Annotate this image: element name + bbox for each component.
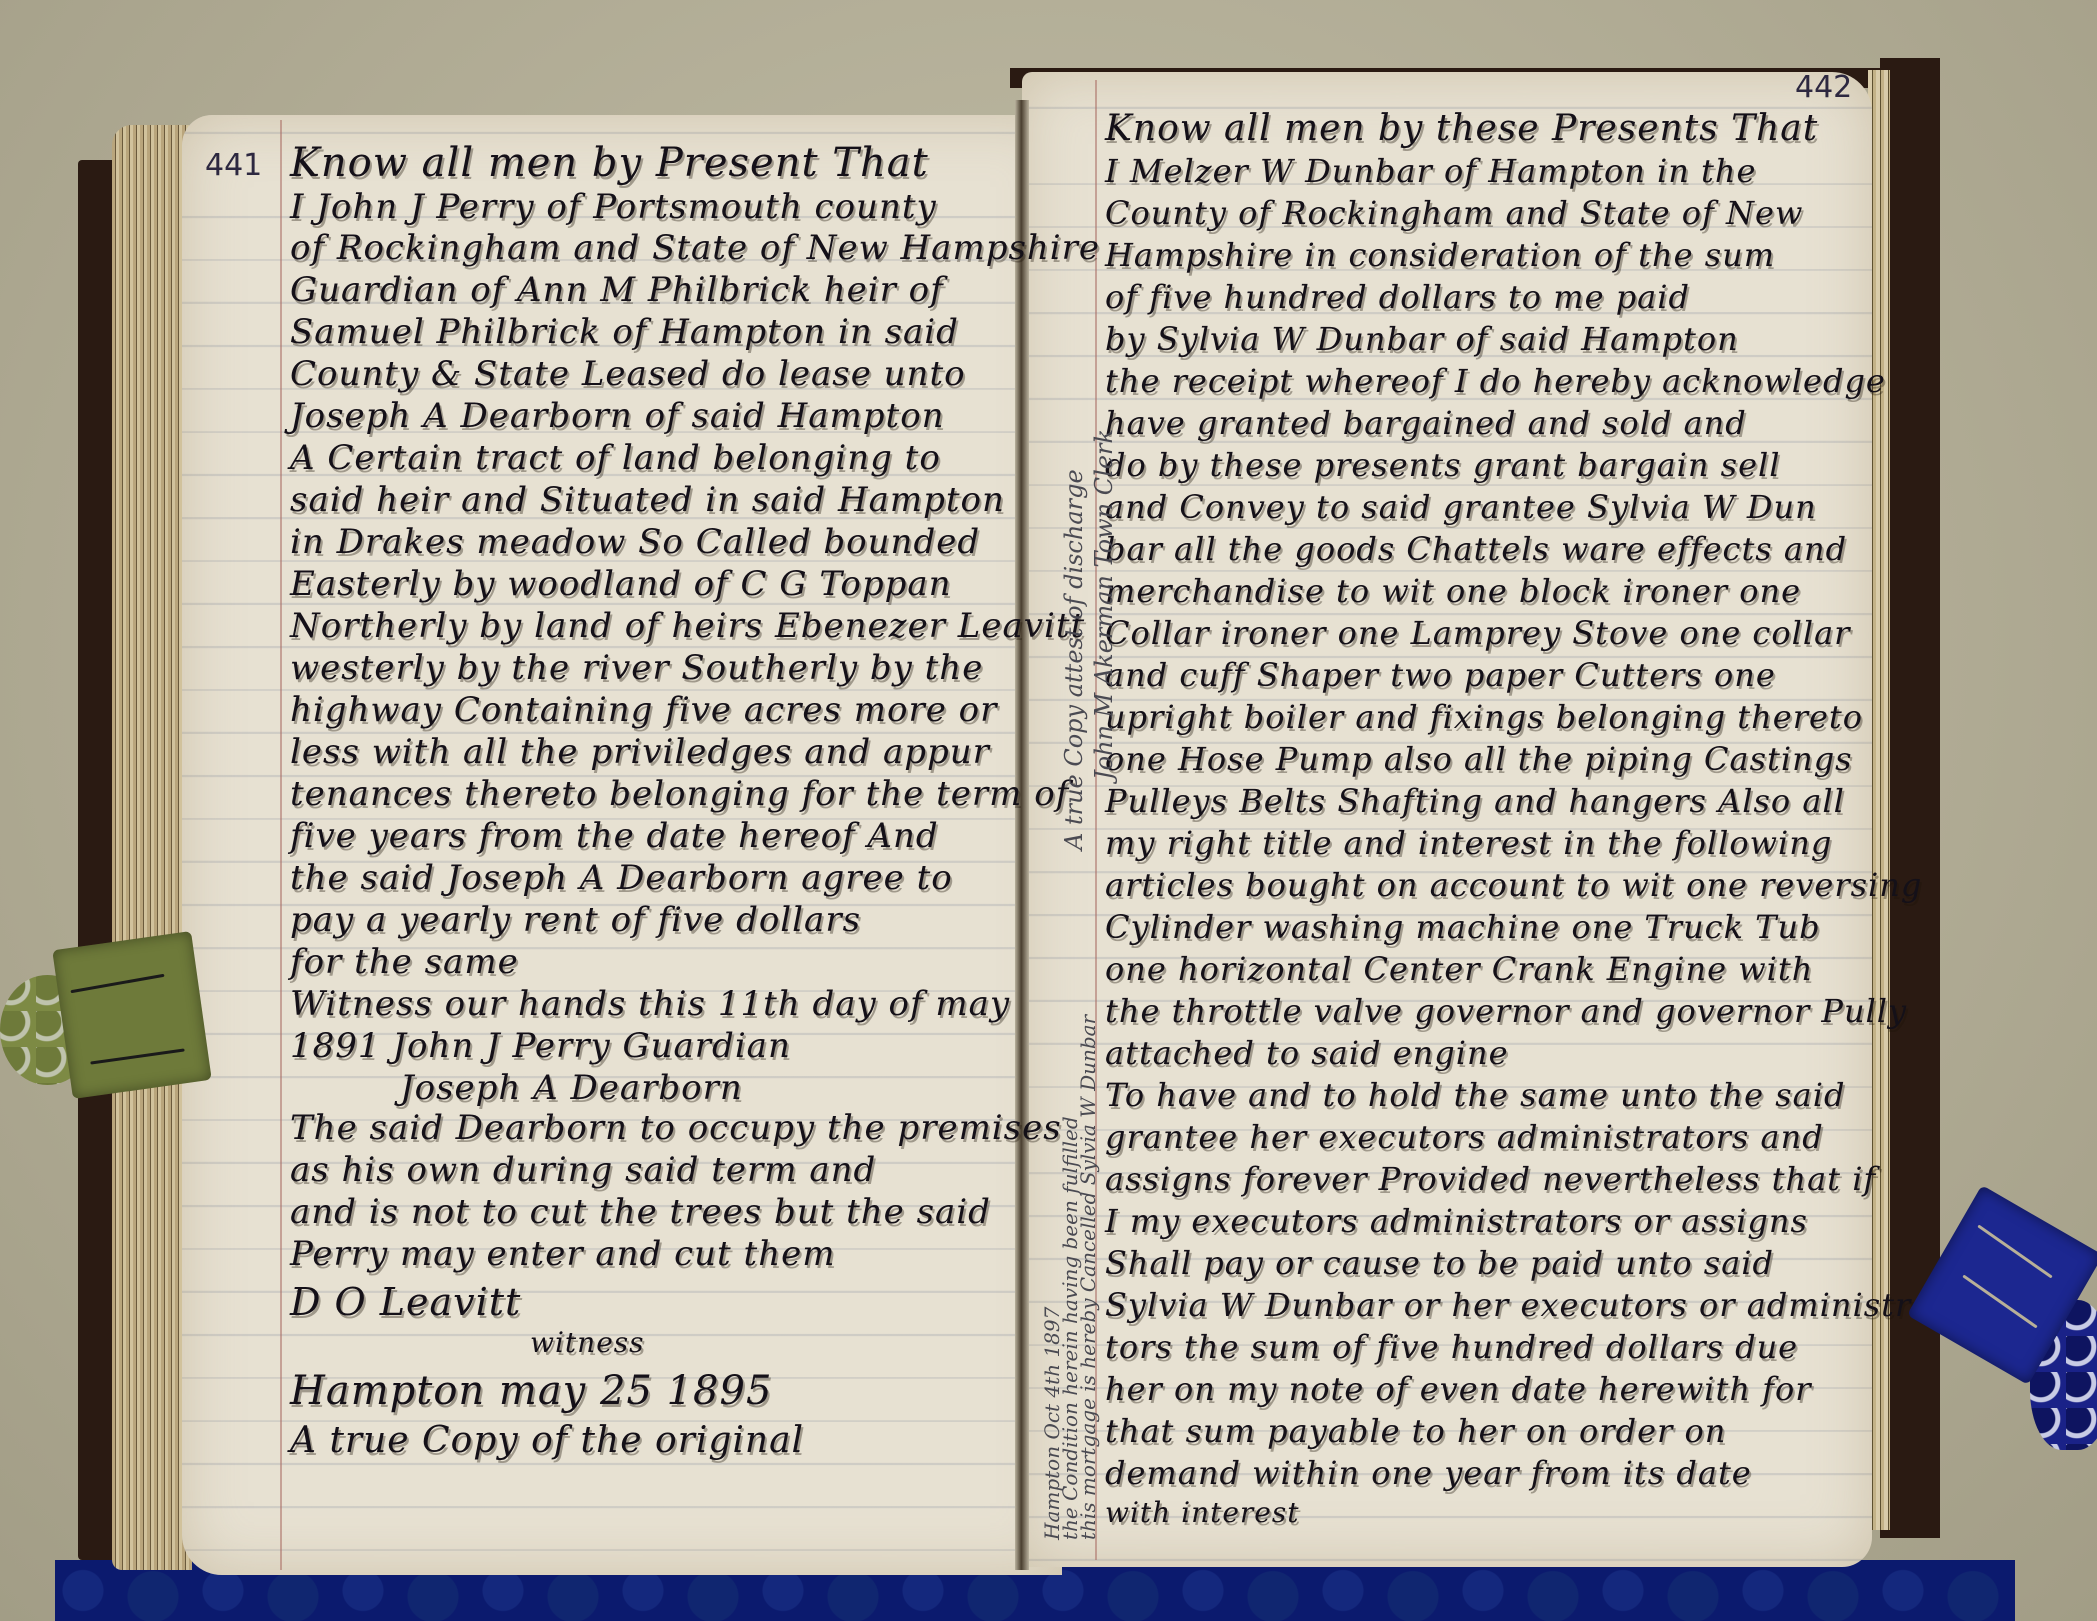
- text-line: with interest: [1105, 1496, 1300, 1529]
- signature: D O Leavitt: [290, 1280, 521, 1324]
- text-line: five years from the date hereof And: [290, 816, 939, 856]
- text-line: Know all men by Present That: [290, 140, 929, 186]
- text-line: Northerly by land of heirs Ebenezer Leav…: [290, 606, 1085, 646]
- page-edges-left: [112, 125, 192, 1570]
- text-line: I Melzer W Dunbar of Hampton in the: [1105, 152, 1756, 190]
- text-line: by Sylvia W Dunbar of said Hampton: [1105, 320, 1739, 358]
- text-line: Hampton may 25 1895: [290, 1368, 772, 1414]
- text-line: assigns forever Provided nevertheless th…: [1105, 1160, 1876, 1198]
- text-line: for the same: [290, 942, 519, 982]
- text-line: less with all the priviledges and appur: [290, 732, 990, 772]
- margin-note: this mortgage is hereby Cancelled Sylvia…: [1076, 1015, 1100, 1540]
- text-line: Guardian of Ann M Philbrick heir of: [290, 270, 944, 310]
- text-line: and Convey to said grantee Sylvia W Dun: [1105, 488, 1817, 526]
- text-line: Easterly by woodland of C G Toppan: [290, 564, 952, 604]
- text-line: Shall pay or cause to be paid unto said: [1105, 1244, 1774, 1282]
- text-line: my right title and interest in the follo…: [1105, 824, 1832, 862]
- text-line: westerly by the river Southerly by the: [290, 648, 983, 688]
- text-line: A Certain tract of land belonging to: [290, 438, 941, 478]
- text-line: attached to said engine: [1105, 1034, 1509, 1072]
- signature: Joseph A Dearborn: [400, 1068, 743, 1108]
- green-binder-clip: [52, 931, 212, 1099]
- text-line: bar all the goods Chattels ware effects …: [1105, 530, 1847, 568]
- text-line: as his own during said term and: [290, 1150, 876, 1190]
- text-line: the throttle valve governor and governor…: [1105, 992, 1907, 1030]
- text-line: 1891 John J Perry Guardian: [290, 1026, 791, 1066]
- text-line: I my executors administrators or assigns: [1105, 1202, 1808, 1240]
- text-line: of five hundred dollars to me paid: [1105, 278, 1690, 316]
- margin-note: John M Akerman Town Clerk: [1090, 429, 1118, 780]
- page-number-left: 441: [205, 148, 262, 183]
- text-line: one Hose Pump also all the piping Castin…: [1105, 740, 1853, 778]
- text-line: have granted bargained and sold and: [1105, 404, 1747, 442]
- text-line: the receipt whereof I do hereby acknowle…: [1105, 362, 1886, 400]
- text-line: Witness our hands this 11th day of may: [290, 984, 1010, 1024]
- book-gutter: [1015, 100, 1029, 1570]
- margin-note: A true Copy attest of discharge: [1060, 469, 1088, 850]
- text-line: A true Copy of the original: [290, 1420, 804, 1461]
- text-line: I John J Perry of Portsmouth county: [290, 187, 937, 227]
- text-line: do by these presents grant bargain sell: [1105, 446, 1781, 484]
- text-line: Cylinder washing machine one Truck Tub: [1105, 908, 1821, 946]
- text-line: witness: [530, 1326, 645, 1359]
- text-line: County & State Leased do lease unto: [290, 354, 966, 394]
- text-line: Hampshire in consideration of the sum: [1105, 236, 1775, 274]
- text-line: the said Joseph A Dearborn agree to: [290, 858, 953, 898]
- text-line: highway Containing five acres more or: [290, 690, 997, 730]
- text-line: merchandise to wit one block ironer one: [1105, 572, 1801, 610]
- text-line: tors the sum of five hundred dollars due: [1105, 1328, 1798, 1366]
- text-line: Sylvia W Dunbar or her executors or admi…: [1105, 1286, 1931, 1324]
- text-line: demand within one year from its date: [1105, 1454, 1752, 1492]
- text-line: upright boiler and fixings belonging the…: [1105, 698, 1863, 736]
- text-line: said heir and Situated in said Hampton: [290, 480, 1005, 520]
- text-line: articles bought on account to wit one re…: [1105, 866, 1922, 904]
- text-line: Joseph A Dearborn of said Hampton: [290, 396, 945, 436]
- text-line: The said Dearborn to occupy the premises: [290, 1108, 1062, 1148]
- text-line: and is not to cut the trees but the said: [290, 1192, 991, 1232]
- left-margin-rule: [280, 120, 282, 1570]
- text-line: pay a yearly rent of five dollars: [290, 900, 861, 940]
- text-line: tenances thereto belonging for the term …: [290, 774, 1069, 814]
- text-line: Samuel Philbrick of Hampton in said: [290, 312, 959, 352]
- text-line: Perry may enter and cut them: [290, 1234, 835, 1274]
- text-line: of Rockingham and State of New Hampshire: [290, 228, 1100, 268]
- page-number-right: 442: [1795, 70, 1852, 105]
- text-line: Collar ironer one Lamprey Stove one coll…: [1105, 614, 1850, 652]
- text-line: one horizontal Center Crank Engine with: [1105, 950, 1813, 988]
- text-line: Pulleys Belts Shafting and hangers Also …: [1105, 782, 1845, 820]
- text-line: grantee her executors administrators and: [1105, 1118, 1824, 1156]
- text-line: in Drakes meadow So Called bounded: [290, 522, 980, 562]
- text-line: Know all men by these Presents That: [1105, 108, 1818, 149]
- text-line: To have and to hold the same unto the sa…: [1105, 1076, 1845, 1114]
- text-line: County of Rockingham and State of New: [1105, 194, 1803, 232]
- text-line: that sum payable to her on order on: [1105, 1412, 1726, 1450]
- text-line: her on my note of even date herewith for: [1105, 1370, 1812, 1408]
- text-line: and cuff Shaper two paper Cutters one: [1105, 656, 1776, 694]
